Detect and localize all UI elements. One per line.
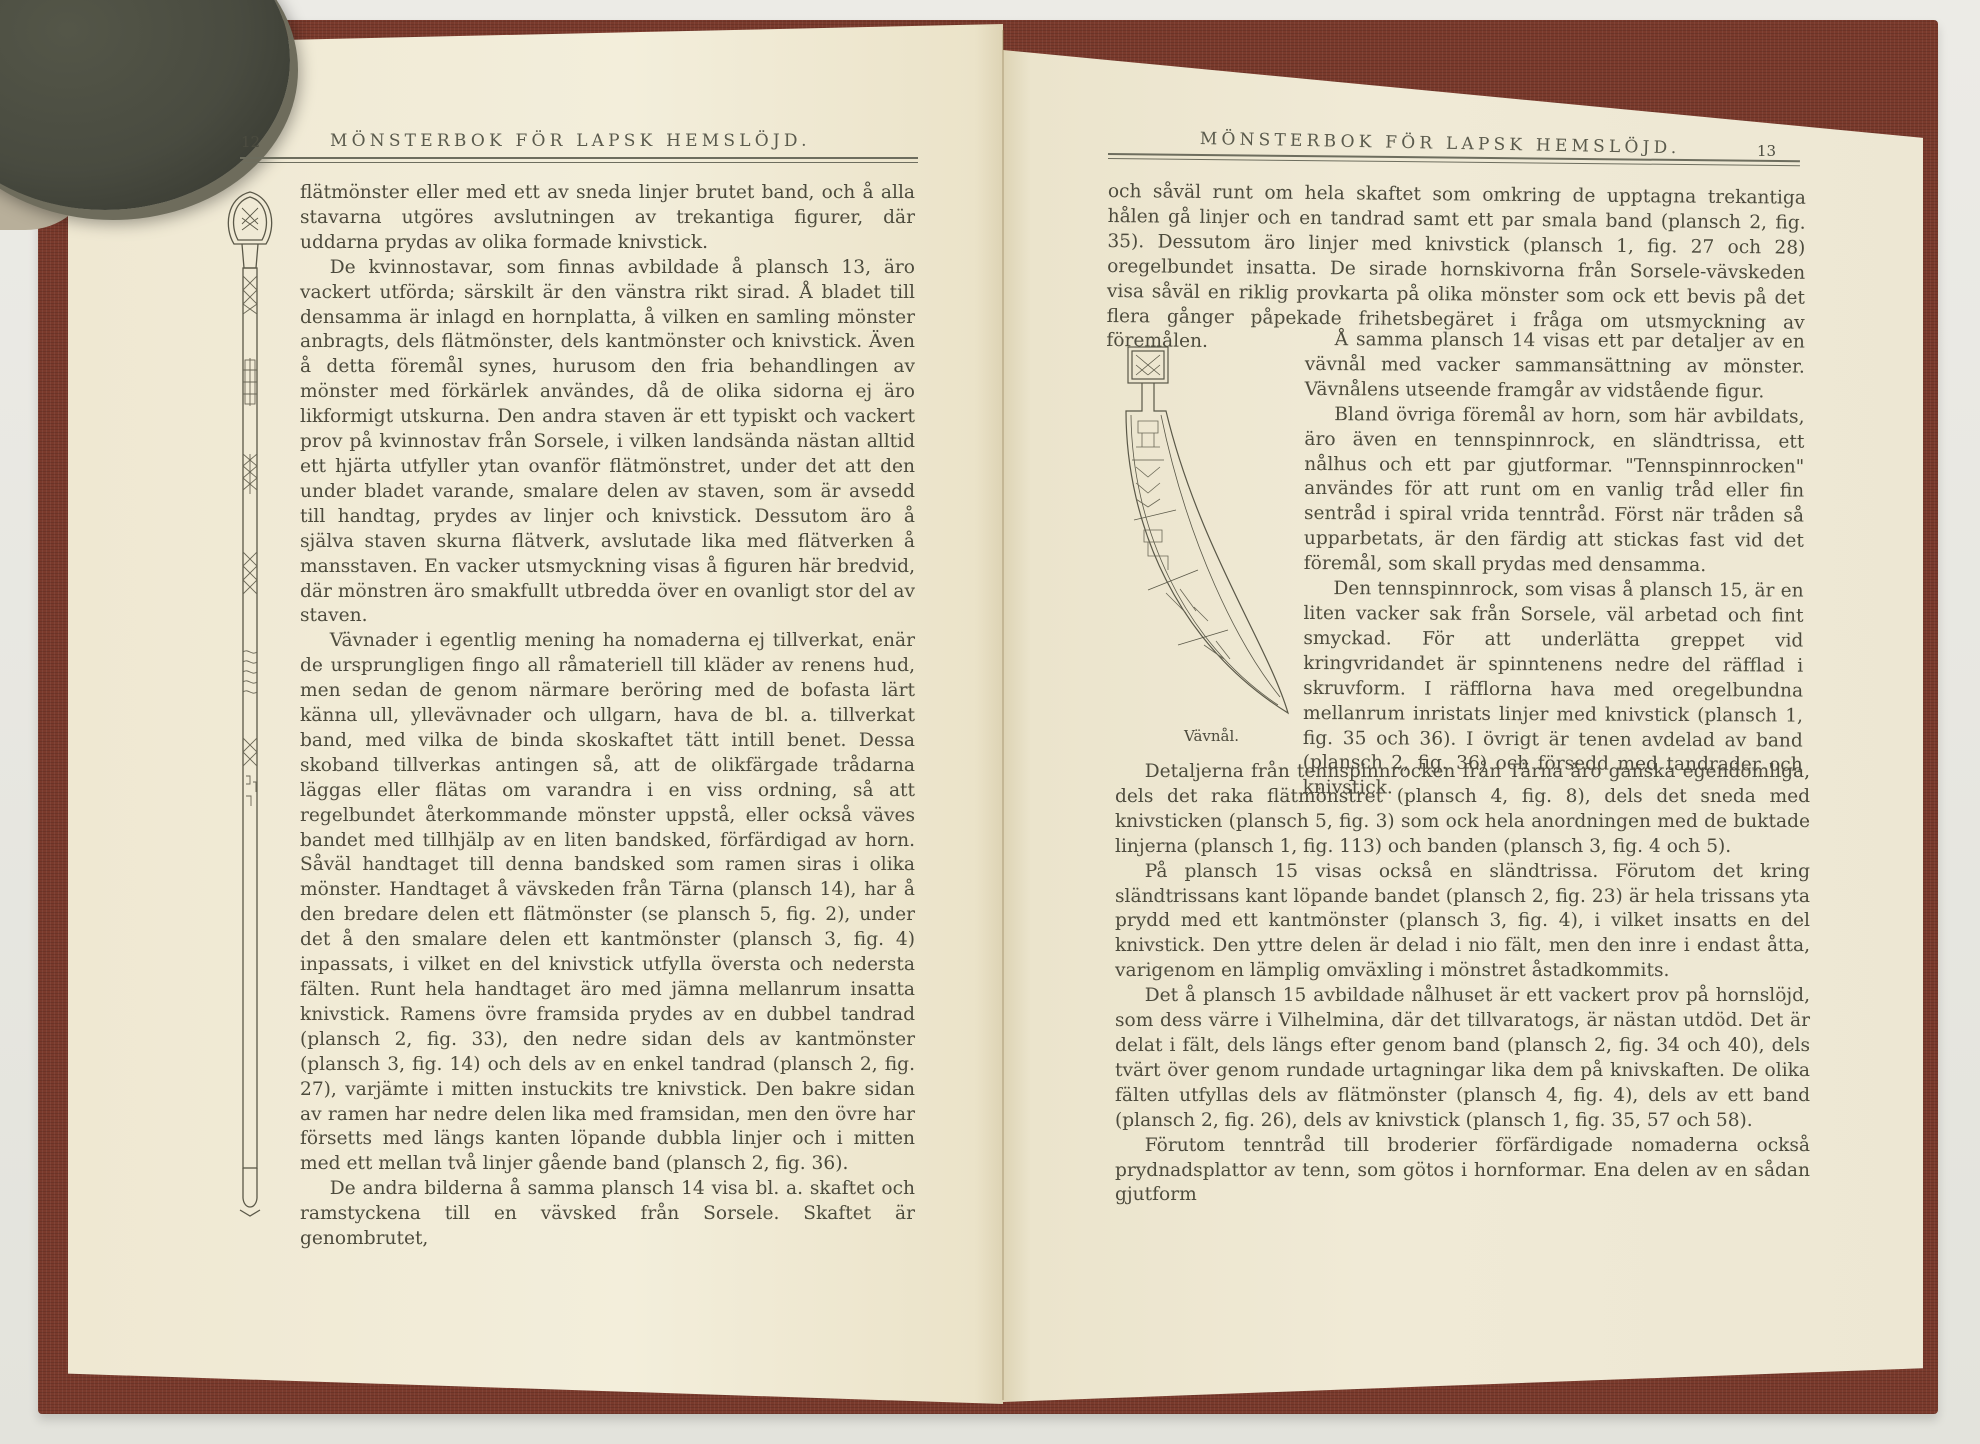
paragraph: Förutom tenntråd till broderier förfärdi… (1115, 1134, 1810, 1209)
staff-icon (220, 188, 280, 1222)
right-page-body-bottom: Detaljerna från tennspinnrocken från Tär… (1115, 760, 1810, 1208)
page-number-left: 12 (241, 133, 260, 151)
paragraph: Bland övriga föremål av horn, som här av… (1304, 403, 1805, 580)
weaving-needle-icon (1118, 345, 1298, 729)
book-gutter (1002, 30, 1004, 1400)
paragraph: flätmönster eller med ett av sneda linje… (300, 181, 915, 256)
paragraph: Det å plansch 15 avbildade nålhuset är e… (1115, 984, 1810, 1133)
page-number-right: 13 (1757, 142, 1776, 160)
right-page-body-wrap: Å samma plansch 14 visas ett par detalje… (1303, 328, 1805, 804)
header-rule-left-thin (240, 162, 918, 163)
paragraph: De andra bilderna å samma plansch 14 vis… (300, 1177, 915, 1252)
paragraph: De kvinnostavar, som finnas avbildade å … (300, 256, 915, 630)
left-page-body: flätmönster eller med ett av sneda linje… (300, 181, 915, 1252)
paragraph: På plansch 15 visas också en sländtrissa… (1115, 860, 1810, 985)
paragraph: Å samma plansch 14 visas ett par detalje… (1305, 328, 1805, 405)
running-head-left: MÖNSTERBOK FÖR LAPSK HEMSLÖJD. (330, 131, 811, 151)
header-rule-left (240, 157, 918, 159)
paragraph: Vävnader i egentlig mening ha nomaderna … (300, 629, 915, 1177)
figure-caption: Vävnål. (1184, 727, 1239, 745)
paragraph: Detaljerna från tennspinnrocken från Tär… (1115, 760, 1810, 860)
